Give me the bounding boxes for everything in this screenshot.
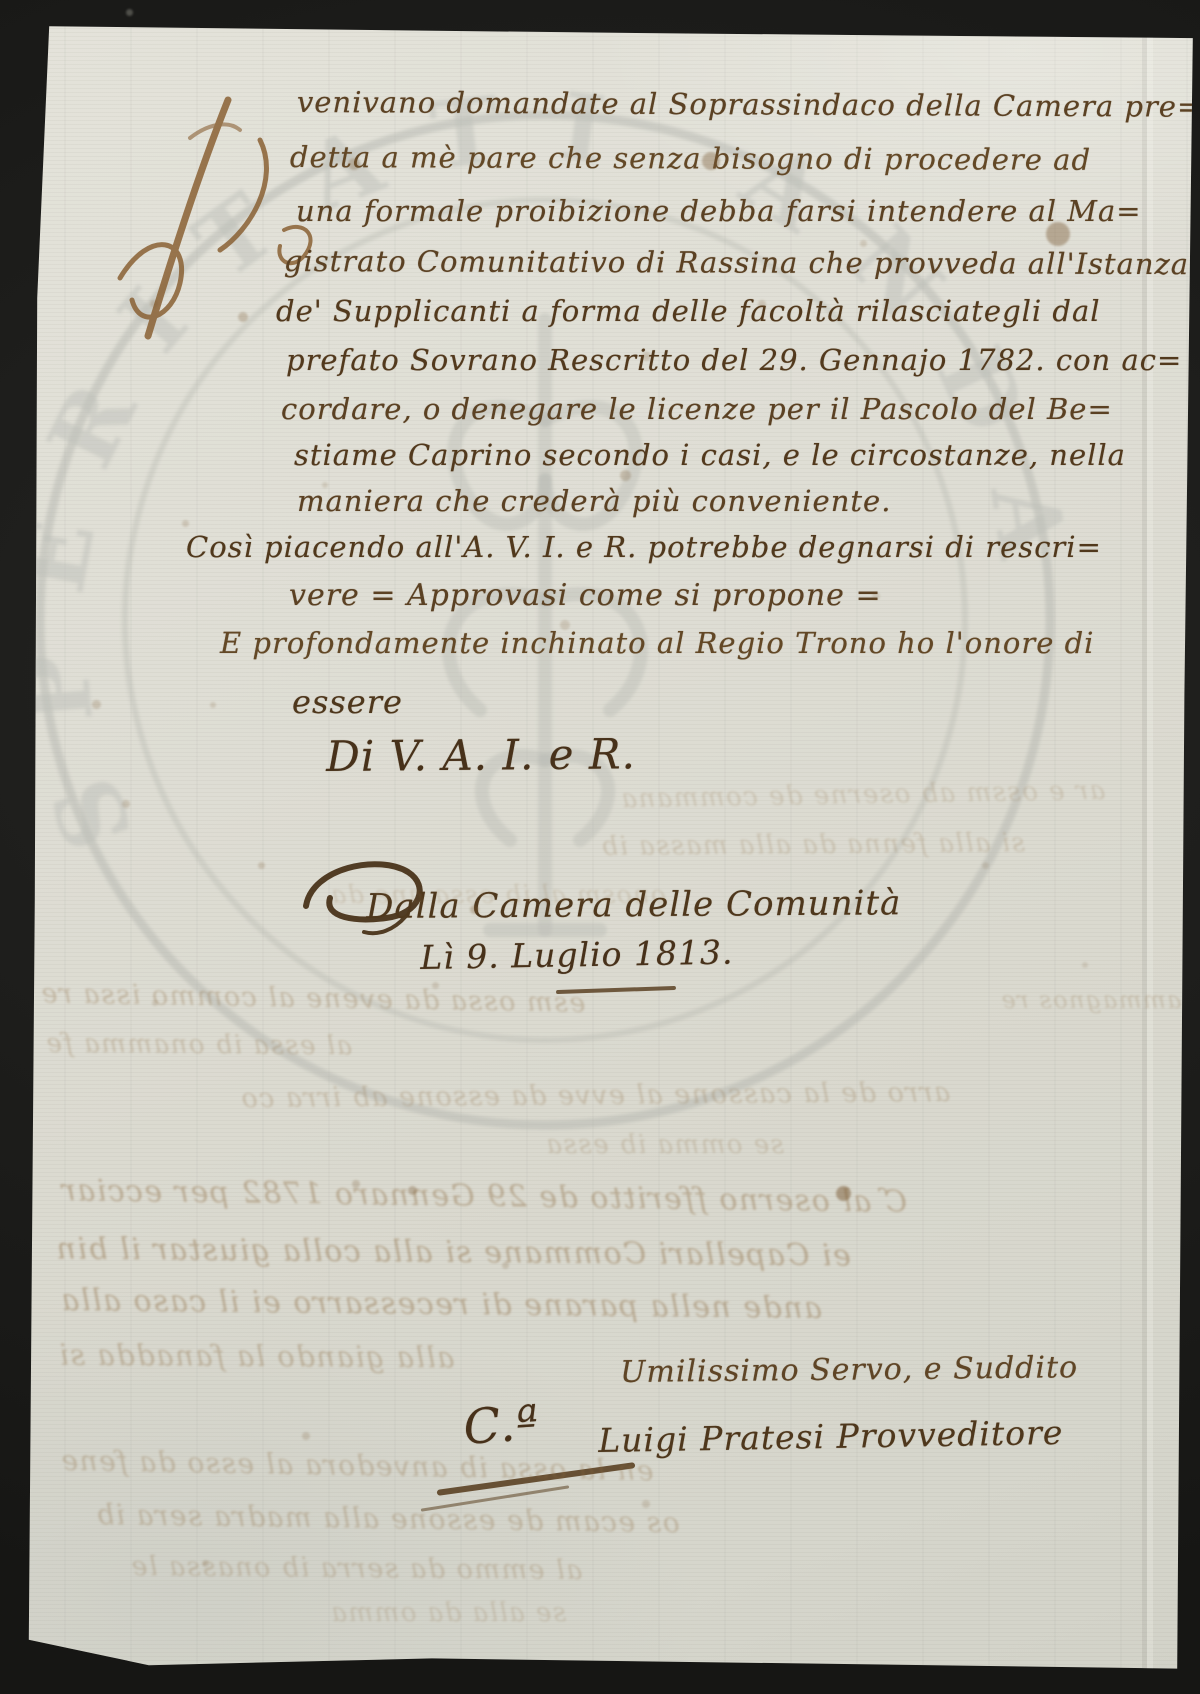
handwritten-line: de' Supplicanti a forma delle facoltà ri… [276, 297, 1101, 326]
bleedthrough-line: se alla da omma [330, 1600, 566, 1626]
foxing-spot [982, 862, 989, 869]
bleedthrough-line: se omma ib essa [545, 1132, 784, 1158]
handwritten-line: una formale proibizione debba farsi inte… [296, 197, 1142, 226]
margin-annotation-flourish [78, 78, 338, 378]
bleedthrough-line: al essa ib onamma fe [45, 1031, 352, 1060]
foxing-spot [560, 620, 570, 630]
handwritten-line: E profondamente inchinato al Regio Trono… [220, 629, 1094, 658]
foxing-spot [210, 702, 216, 708]
foxing-spot [352, 1180, 360, 1188]
foxing-spot [302, 1432, 310, 1440]
closing-line: Umilissimo Servo, e Suddito [620, 1353, 1078, 1388]
bleedthrough-line: os ecam de essone alla madra sera ib [95, 1501, 680, 1537]
bleedthrough-line: ar e ossm ab oserne de commana [620, 778, 1106, 812]
date-line: Lì 9. Luglio 1813. [420, 936, 734, 974]
foxing-spot [152, 1000, 158, 1006]
handwritten-line: Così piacendo all'A. V. I. e R. potrebbe… [186, 533, 1102, 562]
foxing-spot [92, 700, 101, 709]
foxing-spot [872, 592, 880, 600]
manuscript-page: SPERITATI ANDA ve [0, 0, 1200, 1694]
bleedthrough-line: ammagnos re [1000, 988, 1182, 1012]
foxing-spot [150, 300, 158, 308]
handwritten-line: maniera che crederà più conveniente. [297, 487, 891, 516]
foxing-spot [202, 1560, 209, 1567]
bleedthrough-line: al emmo da serra ib onassa le [130, 1553, 583, 1584]
foxing-spot [470, 905, 479, 914]
foxing-spot [620, 470, 631, 481]
foxing-spot [702, 152, 720, 170]
foxing-spot [1046, 222, 1070, 246]
valediction-line: essere [292, 686, 403, 718]
foxing-spot [1082, 962, 1088, 968]
bleedthrough-line: alla giando la fanadda si [58, 1341, 455, 1373]
foxing-spot [348, 158, 360, 170]
handwritten-line: detta a mè pare che senza bisogno di pro… [290, 143, 1091, 175]
foxing-spot [836, 1186, 851, 1201]
foxing-spot [122, 800, 130, 808]
foxing-spot [758, 300, 766, 308]
bleedthrough-line: si alla fenna da alla massa ib [600, 830, 1025, 860]
foxing-spot [860, 240, 867, 247]
handwritten-line: cordare, o denegare le licenze per il Pa… [281, 395, 1113, 424]
bleedthrough-line: en la ossa ib anvedora al esso da fene [60, 1447, 654, 1485]
foxing-spot [432, 982, 439, 989]
scanner-dust-speck [126, 9, 133, 16]
bleedthrough-line: arro de la cassone al evve da essone ab … [240, 1079, 950, 1112]
foxing-spot [502, 1262, 509, 1269]
valediction-line: Di V. A. I. e R. [326, 733, 636, 778]
signature-name: Luigi Pratesi Provveditore [598, 1416, 1064, 1457]
bleedthrough-line: ande nella parane di recessarro ei il ca… [60, 1286, 822, 1324]
foxing-spot [322, 482, 328, 488]
foxing-spot [238, 312, 248, 322]
foxing-spot [182, 520, 189, 527]
handwritten-line: stiame Caprino secondo i casi, e le circ… [294, 441, 1126, 470]
bleedthrough-line: ei Capellari Commane si alla colla giust… [55, 1235, 851, 1272]
foxing-spot [642, 1500, 650, 1508]
handwritten-line: gistrato Comunitativo di Rassina che pro… [284, 247, 1189, 279]
foxing-spot [642, 352, 651, 361]
foxing-spot [408, 1186, 417, 1195]
bleedthrough-line: esm ossa da evene al commo issa re [40, 980, 586, 1017]
bleedthrough-line: onosm al ib essa ane da [330, 882, 666, 907]
scanned-document: SPERITATI ANDA ve [0, 0, 1200, 1694]
handwritten-line: prefato Sovrano Rescritto del 29. Gennaj… [286, 346, 1182, 375]
handwritten-line: vere = Approvasi come si propone = [289, 581, 882, 611]
signature-initial: C.ª [462, 1399, 541, 1452]
handwritten-line: venivano domandate al Soprassindaco dell… [297, 88, 1200, 122]
bleedthrough-line: Ƈ al oserno fferitto de 29 Gennaro 1782 … [60, 1176, 907, 1218]
foxing-spot [258, 862, 265, 869]
